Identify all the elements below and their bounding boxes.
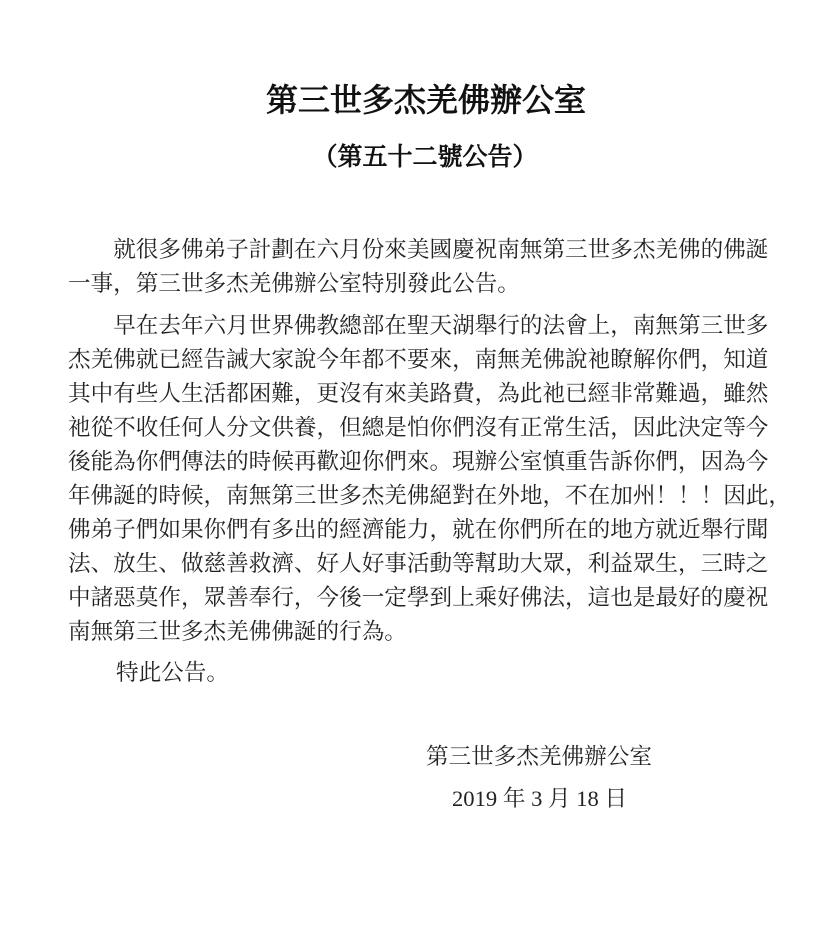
text-line: 年佛誕的時候，南無第三世多杰羌佛絕對在外地，不在加州！！！因此， [23, 479, 780, 513]
text-line: 南無第三世多杰羌佛佛誕的行為。 [23, 615, 780, 649]
paragraph-2: 早在去年六月世界佛教總部在聖天湖舉行的法會上，南無第三世多 杰羌佛就已經告誡大家… [68, 309, 780, 649]
text-line: 杰羌佛就已經告誡大家說今年都不要來，南無羌佛說祂瞭解你們，知道 [23, 343, 780, 377]
text-line: 一事，第三世多杰羌佛辦公室特別發此公告。 [23, 267, 780, 301]
text-line: 後能為你們傳法的時候再歡迎你們來。現辦公室慎重告訴你們，因為今 [23, 445, 780, 479]
announcement-number: （第五十二號公告） [0, 139, 840, 175]
text-line: 其中有些人生活都困難，更沒有來美路費，為此祂已經非常難過，雖然 [23, 377, 780, 411]
closing-remark: 特此公告。 [116, 656, 229, 690]
text-line: 佛弟子們如果你們有多出的經濟能力，就在你們所在的地方就近舉行聞 [23, 513, 780, 547]
issue-date: 2019 年 3 月 18 日 [452, 782, 627, 816]
text-line: 法、放生、做慈善救濟、好人好事活動等幫助大眾，利益眾生，三時之 [23, 547, 780, 581]
announcement-body: 就很多佛弟子計劃在六月份來美國慶祝南無第三世多杰羌佛的佛誕 一事，第三世多杰羌佛… [68, 233, 780, 657]
text-line: 就很多佛弟子計劃在六月份來美國慶祝南無第三世多杰羌佛的佛誕 [68, 233, 780, 267]
text-line: 中諸惡莫作，眾善奉行，今後一定學到上乘好佛法，這也是最好的慶祝 [23, 581, 780, 615]
paragraph-1: 就很多佛弟子計劃在六月份來美國慶祝南無第三世多杰羌佛的佛誕 一事，第三世多杰羌佛… [68, 233, 780, 301]
text-line: 早在去年六月世界佛教總部在聖天湖舉行的法會上，南無第三世多 [68, 309, 780, 343]
document-title: 第三世多杰羌佛辦公室 [0, 80, 840, 120]
text-line: 祂從不收任何人分文供養，但總是怕你們沒有正常生活，因此決定等今 [23, 411, 780, 445]
signature: 第三世多杰羌佛辦公室 [426, 740, 652, 774]
